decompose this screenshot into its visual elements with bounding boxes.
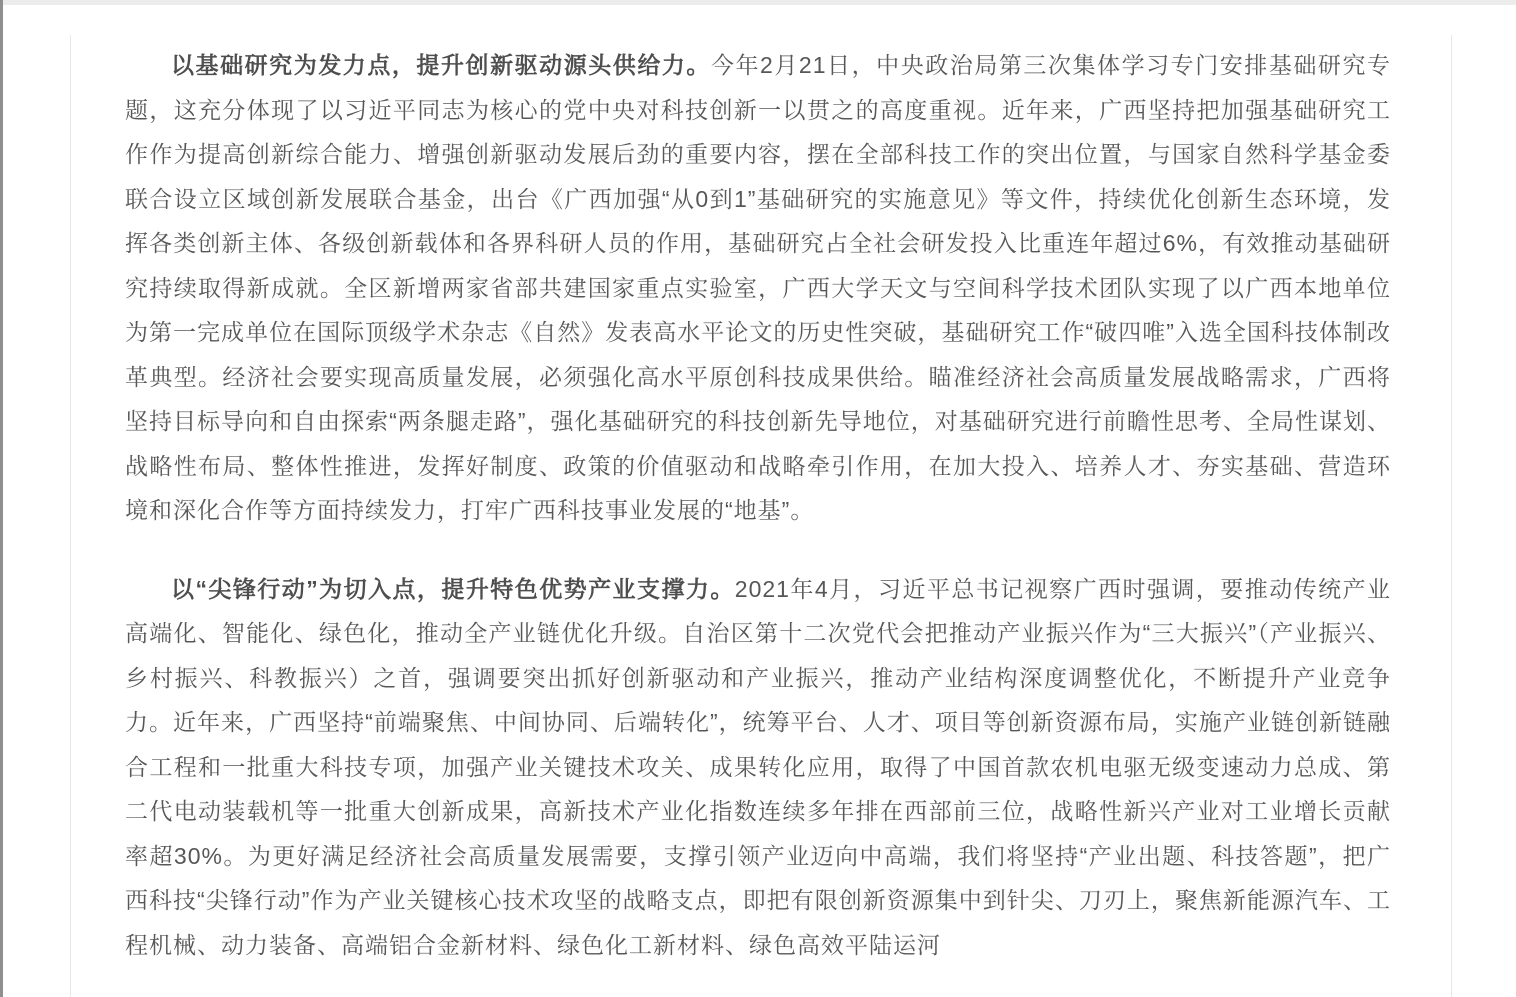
paragraph-lead: 以基础研究为发力点，提升创新驱动源头供给力。	[171, 52, 711, 78]
paragraph: 以基础研究为发力点，提升创新驱动源头供给力。今年2月21日，中央政治局第三次集体…	[125, 43, 1391, 533]
paragraph-body: 2021年4月，习近平总书记视察广西时强调，要推动传统产业高端化、智能化、绿色化…	[125, 576, 1391, 958]
paragraph: 以“尖锋行动”为切入点，提升特色优势产业支撑力。2021年4月，习近平总书记视察…	[125, 567, 1391, 968]
top-divider	[0, 0, 1516, 5]
article-container: 以基础研究为发力点，提升创新驱动源头供给力。今年2月21日，中央政治局第三次集体…	[70, 35, 1452, 997]
window-edge-bar	[0, 0, 3, 997]
paragraph-lead: 以“尖锋行动”为切入点，提升特色优势产业支撑力。	[171, 576, 735, 602]
paragraph-body: 今年2月21日，中央政治局第三次集体学习专门安排基础研究专题，这充分体现了以习近…	[125, 52, 1391, 523]
